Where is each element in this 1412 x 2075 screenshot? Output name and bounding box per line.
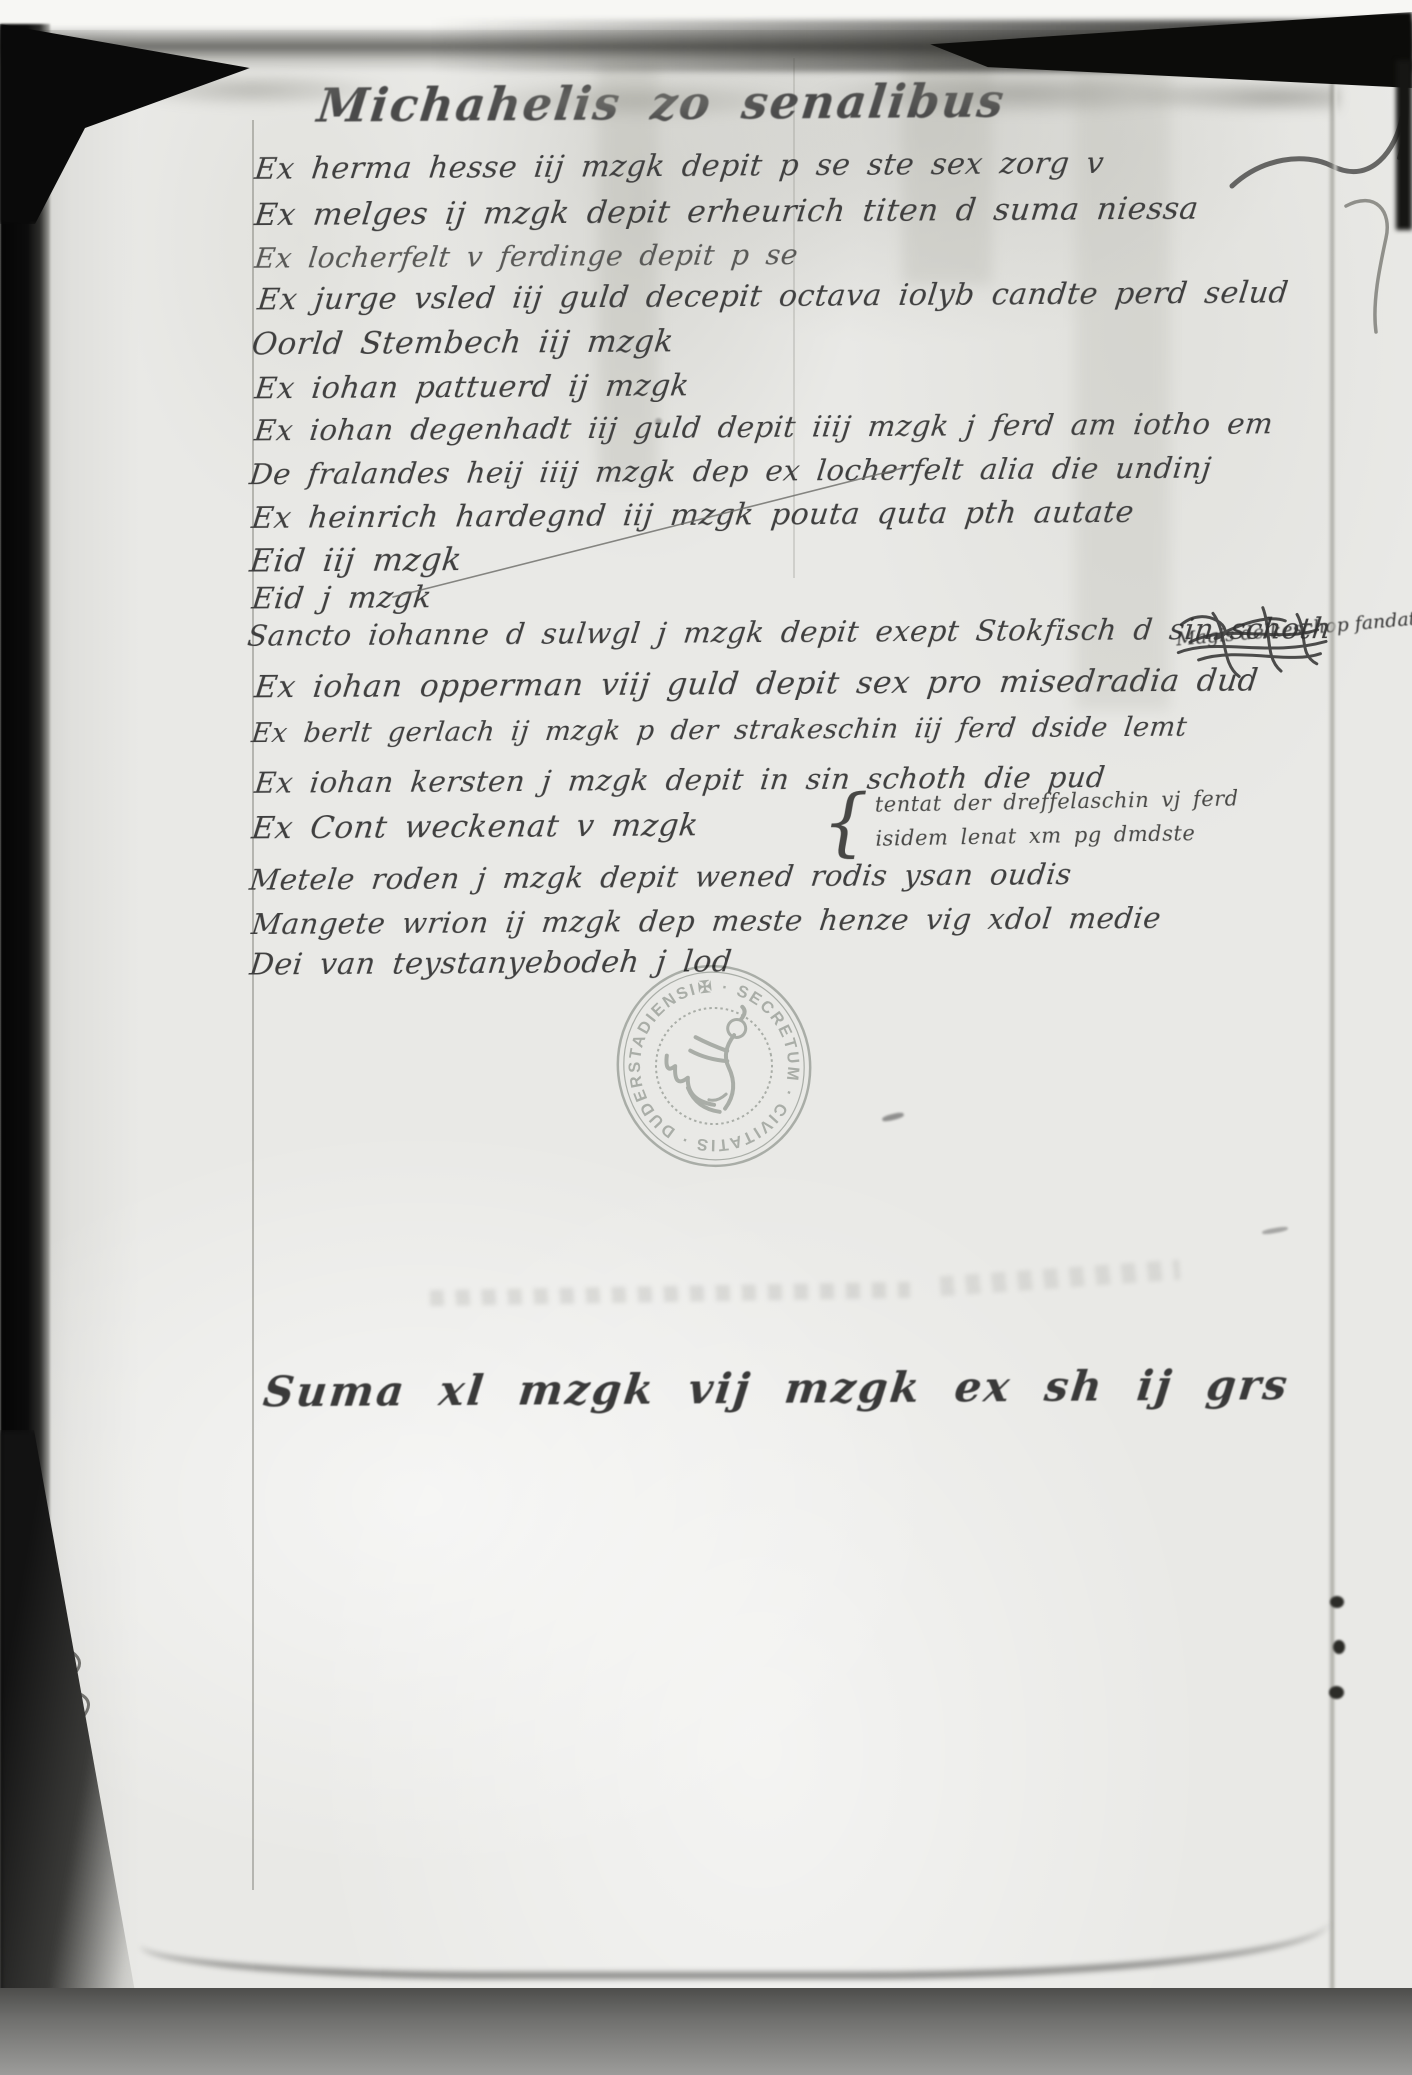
scanned-manuscript-page: Michahelis zo senalibus Ex herma hesse i… [0,0,1412,2075]
ruled-margin-line [252,120,254,1890]
manuscript-line: Ex herma hesse iij mzgk depit p se ste s… [253,149,1106,185]
manuscript-line: Oorld Stembech iij mzgk [250,327,675,361]
page-bottom-edge-shadow [140,1880,1330,1979]
manuscript-line: Ex iohan opperman viij guld depit sex pr… [253,666,1260,704]
brace-note-line: isidem lenat xm pg dmdste [875,821,1239,851]
manuscript-line: Ex heinrich hardegnd iij mzgk pouta quta… [250,498,1136,534]
crossed-out-correction: Magis delkeschop fandatis dud [1166,589,1339,695]
brace-glyph: { [821,789,869,856]
seal-legend: ✠ · SECRETUM · CIVITATIS · DUDERSTADIENS… [609,961,818,1170]
manuscript-line: Ex locherfelt v ferdinge depit p se [253,241,799,273]
sum-total-line: Suma xl mzgk vij mzgk ex sh ij grs [261,1364,1292,1413]
page-fold-seam [1328,70,1338,2000]
manuscript-line: Ex melges ij mzgk depit erheurich titen … [253,194,1200,232]
page-edge-shadow-right [1396,60,1412,230]
manuscript-line: Mangete wrion ij mzgk dep meste henze vi… [250,904,1163,939]
manuscript-line: Ex iohan degenhadt iij guld depit iiij m… [253,409,1275,445]
manuscript-line: Ex iohan pattuerd ij mzgk [253,371,691,404]
brace-note-line: tentat der dreffelaschin vj ferd [875,787,1239,817]
braced-marginal-note: { tentat der dreffelaschin vj ferd iside… [821,782,1239,856]
manuscript-line: Ex berlt gerlach ij mzgk p der strakesch… [250,714,1189,748]
manuscript-line: Metele roden j mzgk depit wened rodis ys… [248,860,1073,895]
adjacent-page-edge [1338,70,1412,2000]
svg-text:✠ · SECRETUM · CIVITATIS · DUD: ✠ · SECRETUM · CIVITATIS · DUDERSTADIENS… [609,961,818,1170]
manuscript-line: Eid iij mzgk [248,543,464,576]
manuscript-line: De fralandes heij iiij mzgk dep ex loche… [248,454,1213,490]
rampant-lion-icon [658,1007,764,1121]
binding-hole [1329,1686,1344,1699]
binding-hole [1333,1640,1345,1654]
ink-speck [655,418,662,425]
manuscript-line: Ex Cont weckenat v mzgk [250,810,700,844]
city-seal-stamp: ✠ · SECRETUM · CIVITATIS · DUDERSTADIENS… [579,929,848,1203]
binding-hole [1330,1596,1344,1608]
seal-graphic: ✠ · SECRETUM · CIVITATIS · DUDERSTADIENS… [579,929,848,1203]
table-surface [0,1988,1412,2075]
manuscript-line: Ex jurge vsled iij guld decepit octava i… [256,278,1290,315]
manuscript-line: Eid j mzgk [250,583,433,614]
